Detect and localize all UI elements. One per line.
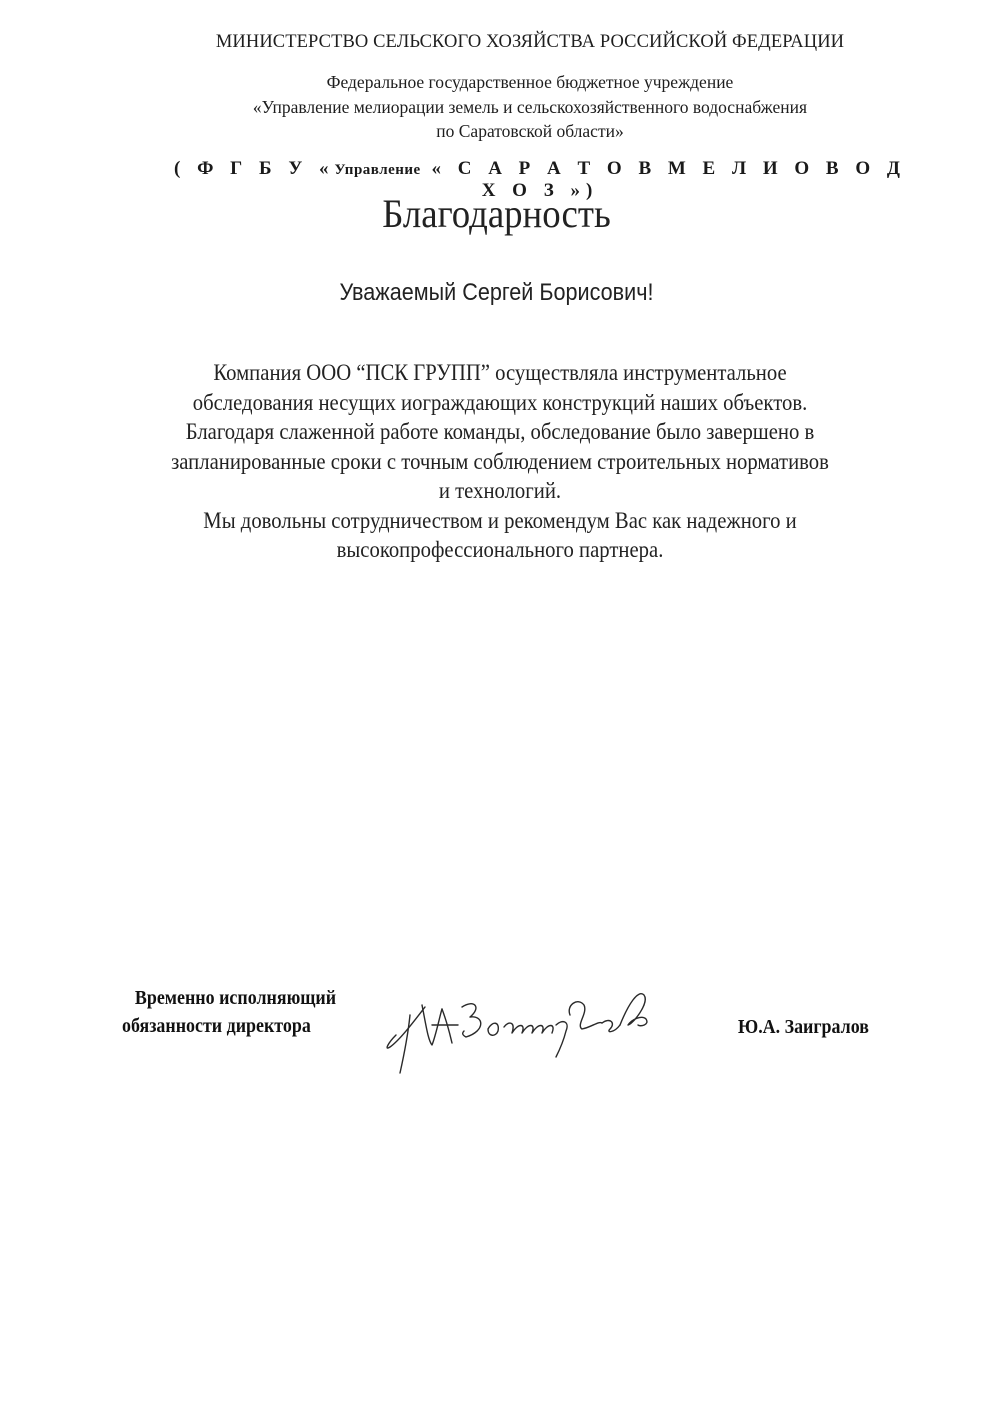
body-line: обследования несущих иограждающих констр… xyxy=(140,388,860,418)
body-line: высокопрофессионального партнера. xyxy=(140,535,860,565)
signer-name: Ю.А. Заигралов xyxy=(738,1017,869,1039)
ministry-header: МИНИСТЕРСТВО СЕЛЬСКОГО ХОЗЯЙСТВА РОССИЙС… xyxy=(150,32,910,53)
body-line: Мы довольны сотрудничеством и рекомендум… xyxy=(140,506,860,536)
org-line-3: по Саратовской области» xyxy=(150,121,910,142)
signer-position-line-1: Временно исполняющий xyxy=(122,985,398,1013)
signer-position-line-2: обязанности директора xyxy=(122,1013,398,1041)
short-name-prefix: ( Ф Г Б У « xyxy=(174,158,335,179)
signer-position: Временно исполняющий обязанности директо… xyxy=(122,985,398,1041)
org-line-2: «Управление мелиорации земель и сельскох… xyxy=(150,97,910,118)
greeting: Уважаемый Сергей Борисович! xyxy=(50,279,944,307)
short-name-middle: Управление xyxy=(335,162,421,178)
body-line: Благодаря слаженной работе команды, обсл… xyxy=(140,417,860,447)
handwritten-signature-icon xyxy=(370,985,700,1085)
body-line: и технологий. xyxy=(140,476,860,506)
document-title: Благодарность xyxy=(40,190,954,237)
body-line: Компания ООО “ПСК ГРУПП” осуществляла ин… xyxy=(140,358,860,388)
letter-body: Компания ООО “ПСК ГРУПП” осуществляла ин… xyxy=(140,358,860,565)
body-line: запланированные сроки с точным соблюдени… xyxy=(140,447,860,477)
org-line-1: Федеральное государственное бюджетное уч… xyxy=(150,72,910,93)
